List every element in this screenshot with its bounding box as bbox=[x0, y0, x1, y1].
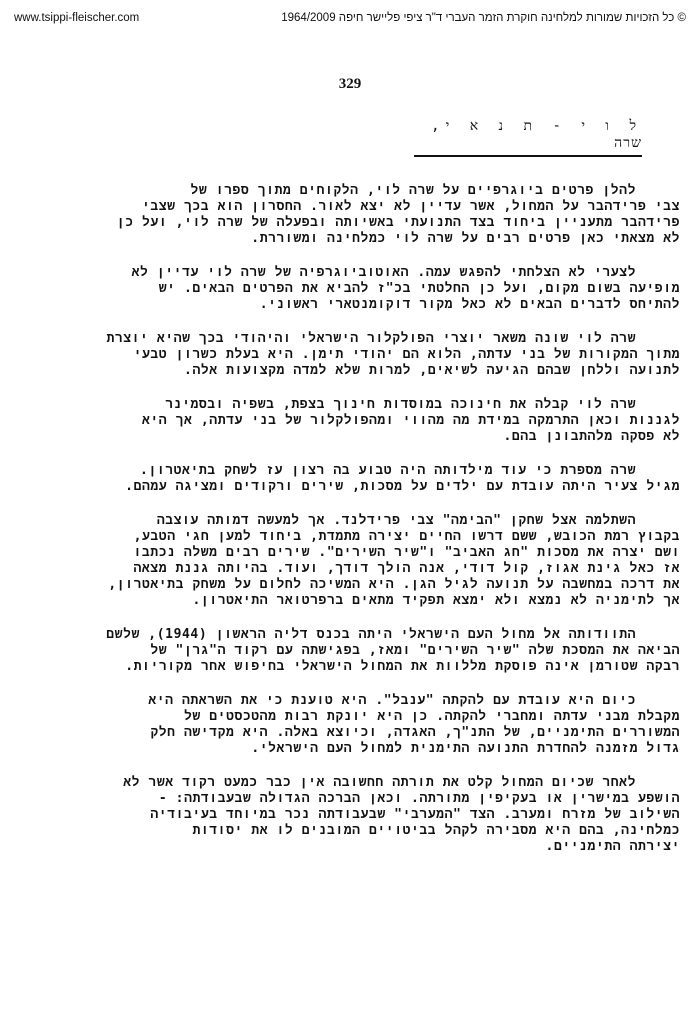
page-header: www.tsippi-fleischer.com © כל הזכויות שמ… bbox=[14, 12, 686, 28]
paragraph: להלן פרטים ביוגרפיים על שרה לוי, הלקוחים… bbox=[66, 183, 680, 247]
text-line: התוודותה אל מחול העם הישראלי היתה בכנס ד… bbox=[66, 627, 680, 643]
document-body: להלן פרטים ביוגרפיים על שרה לוי, הלקוחים… bbox=[66, 183, 680, 873]
text-line: מתוך המקורות של בני עדתה, הלוא הם יהודי … bbox=[66, 347, 680, 363]
heading-surname: ל ו י - ת נ א י, bbox=[431, 118, 642, 134]
text-line: המשוררים התימניים, של התנ"ך, האגדה, וכיו… bbox=[66, 725, 680, 741]
text-line: אז כאל גינת אגוז, קול דודי, אנה הולך דוד… bbox=[66, 561, 680, 577]
text-line: יצירתה התימניים. bbox=[66, 839, 680, 855]
paragraph: שרה מספרת כי עוד מילדותה היה טבוע בה רצו… bbox=[66, 463, 680, 495]
text-line: ושם יצרה את מסכות "חג האביב" ו"שיר השירי… bbox=[66, 545, 680, 561]
text-line: לגננות וכאן התרמקה במידת מה מהווי ומהפול… bbox=[66, 413, 680, 429]
paragraph: התוודותה אל מחול העם הישראלי היתה בכנס ד… bbox=[66, 627, 680, 675]
text-line: אך לתימניה לא נמצא ולא ימצא תפקיד מתאים … bbox=[66, 593, 680, 609]
paragraph: שרה לוי שונה משאר יוצרי הפולקלור הישראלי… bbox=[66, 331, 680, 379]
text-line: לא פסקה מלהתבונן בהם. bbox=[66, 429, 680, 445]
text-line: מקבלת מבני עדתה ומחברי להקתה. כן היא יונ… bbox=[66, 709, 680, 725]
text-line: מופיעה בשום מקום, ועל כן החלטתי בכ"ז להב… bbox=[66, 281, 680, 297]
paragraph: כיום היא עובדת עם להקתה "ענבל". היא טוענ… bbox=[66, 693, 680, 757]
text-line: לאחר שכיום המחול קלט את תורתה חחשובה אין… bbox=[66, 775, 680, 791]
text-line: להתיחס לדברים הבאים לא כאל מקור דוקומנטא… bbox=[66, 297, 680, 313]
text-line: מגיל צעיר היתה עובדת עם ילדים על מסכות, … bbox=[66, 479, 680, 495]
heading-underline bbox=[414, 155, 642, 157]
text-line: כמלחינה, בהם היא מסבירה לקהל בביטויים המ… bbox=[66, 823, 680, 839]
paragraph: השתלמה אצל שחקן "הבימה" צבי פרידלנד. אך … bbox=[66, 513, 680, 609]
text-line: שרה מספרת כי עוד מילדותה היה טבוע בה רצו… bbox=[66, 463, 680, 479]
text-line: השתלמה אצל שחקן "הבימה" צבי פרידלנד. אך … bbox=[66, 513, 680, 529]
entry-heading: ל ו י - ת נ א י, שרה bbox=[414, 118, 642, 157]
text-line: לתנועה וללחן שבהם הגיעה לשיאים, למרות של… bbox=[66, 363, 680, 379]
text-line: הביאה את המסכת שלה "שיר השירים" ומאז, בפ… bbox=[66, 643, 680, 659]
paragraph: שרה לוי קבלה את חינוכה במוסדות חינוך בצפ… bbox=[66, 397, 680, 445]
text-line: את דרכה במחשבה על תנועה לגיל הגן. היא המ… bbox=[66, 577, 680, 593]
text-line: לא מצאתי כאן פרטים רבים על שרה לוי כמלחי… bbox=[66, 231, 680, 247]
website-link[interactable]: www.tsippi-fleischer.com bbox=[14, 12, 139, 24]
text-line: גדול מזמנה להחדרת התנועה התימנית למחול ה… bbox=[66, 741, 680, 757]
page-number: 329 bbox=[0, 76, 700, 93]
text-line: פרידהבר מתעניין ביחוד בצד התנועתי באשיות… bbox=[66, 215, 680, 231]
text-line: כיום היא עובדת עם להקתה "ענבל". היא טוענ… bbox=[66, 693, 680, 709]
heading-given-name: שרה bbox=[614, 135, 642, 151]
text-line: הושפע במישרין או בעקיפין מתורתה. וכאן הב… bbox=[66, 791, 680, 807]
text-line: שרה לוי שונה משאר יוצרי הפולקלור הישראלי… bbox=[66, 331, 680, 347]
text-line: להלן פרטים ביוגרפיים על שרה לוי, הלקוחים… bbox=[66, 183, 680, 199]
text-line: השילוב של מזרח ומערב. הצד "המערבי" שבעבו… bbox=[66, 807, 680, 823]
paragraph: לאחר שכיום המחול קלט את תורתה חחשובה אין… bbox=[66, 775, 680, 855]
paragraph: לצערי לא הצלחתי להפגש עמה. האוטוביוגרפיה… bbox=[66, 265, 680, 313]
text-line: לצערי לא הצלחתי להפגש עמה. האוטוביוגרפיה… bbox=[66, 265, 680, 281]
text-line: שרה לוי קבלה את חינוכה במוסדות חינוך בצפ… bbox=[66, 397, 680, 413]
text-line: צבי פרידהבר על המחול, אשר עדיין לא יצא ל… bbox=[66, 199, 680, 215]
copyright-notice: © כל הזכויות שמורות למלחינה חוקרת הזמר ה… bbox=[281, 12, 686, 24]
text-line: רבקה שטורמן אינה פוסקת מללוות את המחול ה… bbox=[66, 659, 680, 675]
text-line: בקבוץ רמת הכובש, ששם דרשו החיים יצירה מת… bbox=[66, 529, 680, 545]
